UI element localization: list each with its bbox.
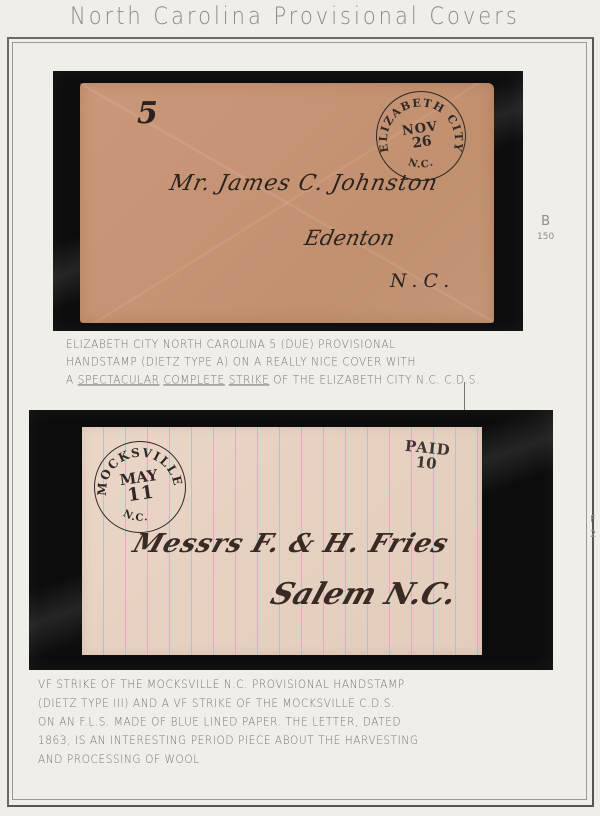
addressee-city: Salem N.C. bbox=[266, 577, 461, 612]
paid-handstamp: PAID 10 bbox=[403, 439, 452, 474]
caption-pointer-line bbox=[464, 382, 465, 410]
cover-elizabeth-city: 5 ELIZABETH CITY N.C. NOV 26 Mr. James C… bbox=[80, 83, 494, 323]
rate-mark-due-5: 5 bbox=[137, 96, 158, 131]
svg-text:N.C.: N.C. bbox=[121, 508, 149, 524]
postmark-elizabeth-city: ELIZABETH CITY N.C. NOV 26 bbox=[376, 91, 466, 181]
svg-text:N.C.: N.C. bbox=[407, 157, 436, 171]
caption-cover-1: Elizabeth City North Carolina 5 (due) pr… bbox=[66, 336, 480, 389]
postmark-date: NOV 26 bbox=[401, 120, 440, 152]
caption-cover-2: VF strike of the Mocksville N.C. provisi… bbox=[38, 676, 419, 770]
addressee-city: Edenton bbox=[302, 226, 396, 250]
cover-mocksville: MOCKSVILLE N.C. MAY 11 PAID 10 Messrs F.… bbox=[82, 427, 482, 655]
addressee-name: Messrs F. & H. Fries bbox=[129, 529, 453, 559]
postmark-mocksville: MOCKSVILLE N.C. MAY 11 bbox=[94, 441, 186, 533]
addressee-name: Mr. James C. Johnston bbox=[167, 171, 440, 196]
addressee-state: N.C. bbox=[390, 270, 455, 292]
edge-pencil-mark: F 2 bbox=[590, 512, 596, 542]
postmark-date: MAY 11 bbox=[119, 468, 161, 506]
pencil-price-note: B 150 bbox=[537, 213, 554, 244]
page-title: North Carolina Provisional Covers bbox=[70, 2, 470, 30]
